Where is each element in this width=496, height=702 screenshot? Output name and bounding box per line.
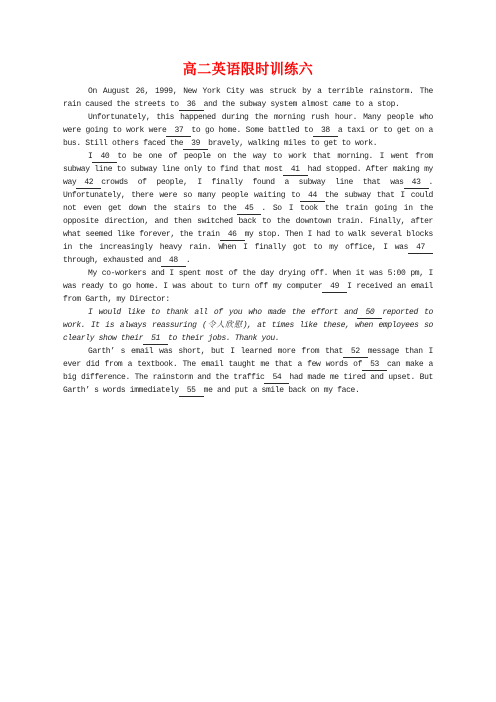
document-title: 高二英语限时训练六 bbox=[63, 60, 433, 78]
cloze-blank-42: 42 bbox=[76, 178, 101, 189]
cloze-blank-52: 52 bbox=[343, 347, 368, 358]
cloze-blank-39: 39 bbox=[183, 139, 208, 150]
cloze-blank-44: 44 bbox=[300, 191, 325, 202]
cloze-blank-49: 49 bbox=[322, 282, 347, 293]
cloze-blank-47: 47 bbox=[408, 243, 433, 254]
cloze-blank-36: 36 bbox=[179, 100, 204, 111]
cloze-blank-46: 46 bbox=[220, 230, 245, 241]
cloze-blank-50: 50 bbox=[357, 308, 382, 319]
paragraph: My co-workers and I spent most of the da… bbox=[63, 267, 433, 306]
cloze-blank-43: 43 bbox=[404, 178, 429, 189]
paragraph: Unfortunately, this happened during the … bbox=[63, 111, 433, 150]
cloze-blank-38: 38 bbox=[313, 126, 338, 137]
cloze-blank-51: 51 bbox=[143, 334, 168, 345]
cloze-blank-53: 53 bbox=[362, 360, 387, 371]
document-page: 高二英语限时训练六 On August 26, 1999, New York C… bbox=[0, 0, 496, 702]
cloze-blank-55: 55 bbox=[179, 386, 204, 397]
cloze-blank-54: 54 bbox=[264, 373, 289, 384]
cloze-blank-37: 37 bbox=[166, 126, 191, 137]
passage: On August 26, 1999, New York City was st… bbox=[63, 85, 433, 397]
cloze-blank-40: 40 bbox=[92, 152, 117, 163]
paragraph: Garth’ s email was short, but I learned … bbox=[63, 345, 433, 397]
cloze-blank-45: 45 bbox=[237, 204, 262, 215]
paragraph: I would like to thank all of you who mad… bbox=[63, 306, 433, 345]
paragraph: On August 26, 1999, New York City was st… bbox=[63, 85, 433, 111]
cloze-blank-41: 41 bbox=[283, 165, 308, 176]
paragraph: I40to be one of people on the way to wor… bbox=[63, 150, 433, 267]
cloze-blank-48: 48 bbox=[161, 256, 186, 267]
